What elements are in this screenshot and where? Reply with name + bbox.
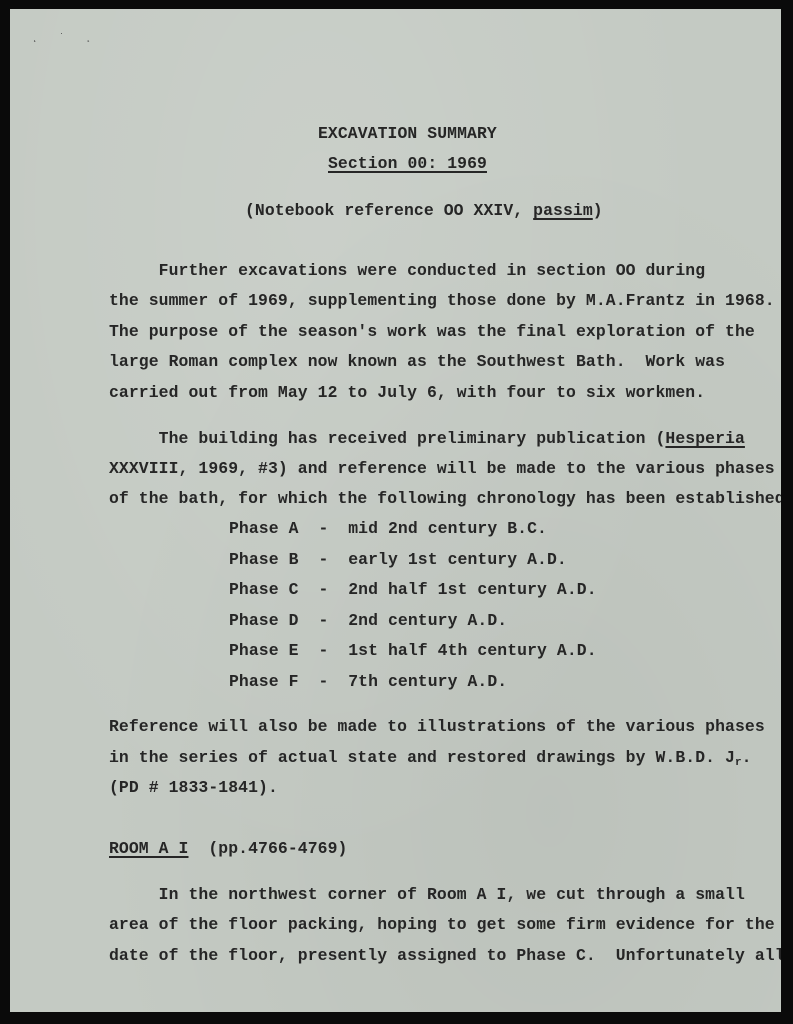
scan-specks: ˛ ˙ ˛ [32, 33, 99, 43]
document-title: EXCAVATION SUMMARY [318, 124, 497, 144]
chronology-item: Phase A - mid 2nd century B.C. [229, 519, 547, 539]
phase-separator: - [318, 672, 328, 691]
chronology-item: Phase D - 2nd century A.D. [229, 611, 507, 631]
hesperia-citation: Hesperia [665, 429, 745, 448]
phase-date: mid 2nd century B.C. [348, 519, 547, 538]
paragraph2-line1: The building has received preliminary pu… [109, 429, 745, 449]
chronology-item: Phase C - 2nd half 1st century A.D. [229, 580, 597, 600]
phase-separator: - [318, 580, 328, 599]
paragraph4-line: In the northwest corner of Room A I, we … [109, 885, 745, 905]
chronology-item: Phase F - 7th century A.D. [229, 672, 507, 692]
paragraph4-line: area of the floor packing, hoping to get… [109, 915, 775, 935]
paragraph4-line: date of the floor, presently assigned to… [109, 946, 781, 966]
phase-separator: - [318, 550, 328, 569]
phase-separator: - [318, 611, 328, 630]
phase-date: early 1st century A.D. [348, 550, 567, 569]
phase-label: Phase C [229, 580, 299, 599]
phase-label: Phase A [229, 519, 299, 538]
document-subtitle: Section 00: 1969 [328, 154, 487, 174]
paragraph3-line2-period: . [742, 748, 752, 767]
notebook-ref-prefix: (Notebook reference OO XXIV, [245, 201, 533, 220]
phase-label: Phase D [229, 611, 299, 630]
notebook-ref-suffix: ) [593, 201, 603, 220]
phase-date: 2nd century A.D. [348, 611, 507, 630]
phase-separator: - [318, 641, 328, 660]
chronology-item: Phase E - 1st half 4th century A.D. [229, 641, 597, 661]
phase-date: 2nd half 1st century A.D. [348, 580, 596, 599]
paragraph1-line: carried out from May 12 to July 6, with … [109, 383, 705, 403]
paragraph3-line2: in the series of actual state and restor… [109, 748, 752, 773]
notebook-ref-passim: passim [533, 201, 593, 220]
paragraph2-line3: of the bath, for which the following chr… [109, 489, 781, 509]
room-label: ROOM A I [109, 839, 189, 858]
jr-subscript: r [735, 757, 742, 769]
phase-separator: - [318, 519, 328, 538]
paragraph1-line: large Roman complex now known as the Sou… [109, 352, 725, 372]
phase-date: 1st half 4th century A.D. [348, 641, 596, 660]
room-pages: (pp.4766-4769) [208, 839, 347, 858]
phase-label: Phase B [229, 550, 299, 569]
chronology-item: Phase B - early 1st century A.D. [229, 550, 567, 570]
paragraph3-line2-text: in the series of actual state and restor… [109, 748, 735, 767]
paragraph3-line3: (PD # 1833-1841). [109, 778, 278, 798]
paragraph2-line1-text: The building has received preliminary pu… [109, 429, 665, 448]
paragraph1-line: Further excavations were conducted in se… [109, 261, 705, 281]
paragraph1-line: The purpose of the season's work was the… [109, 322, 755, 342]
phase-date: 7th century A.D. [348, 672, 507, 691]
document-page: ˛ ˙ ˛ EXCAVATION SUMMARY Section 00: 196… [10, 9, 781, 1012]
room-heading: ROOM A I (pp.4766-4769) [109, 839, 347, 859]
phase-label: Phase F [229, 672, 299, 691]
phase-label: Phase E [229, 641, 299, 660]
paragraph1-line: the summer of 1969, supplementing those … [109, 291, 775, 311]
paragraph2-line2: XXXVIII, 1969, #3) and reference will be… [109, 459, 775, 479]
notebook-reference: (Notebook reference OO XXIV, passim) [245, 201, 603, 221]
paragraph3-line1: Reference will also be made to illustrat… [109, 717, 765, 737]
